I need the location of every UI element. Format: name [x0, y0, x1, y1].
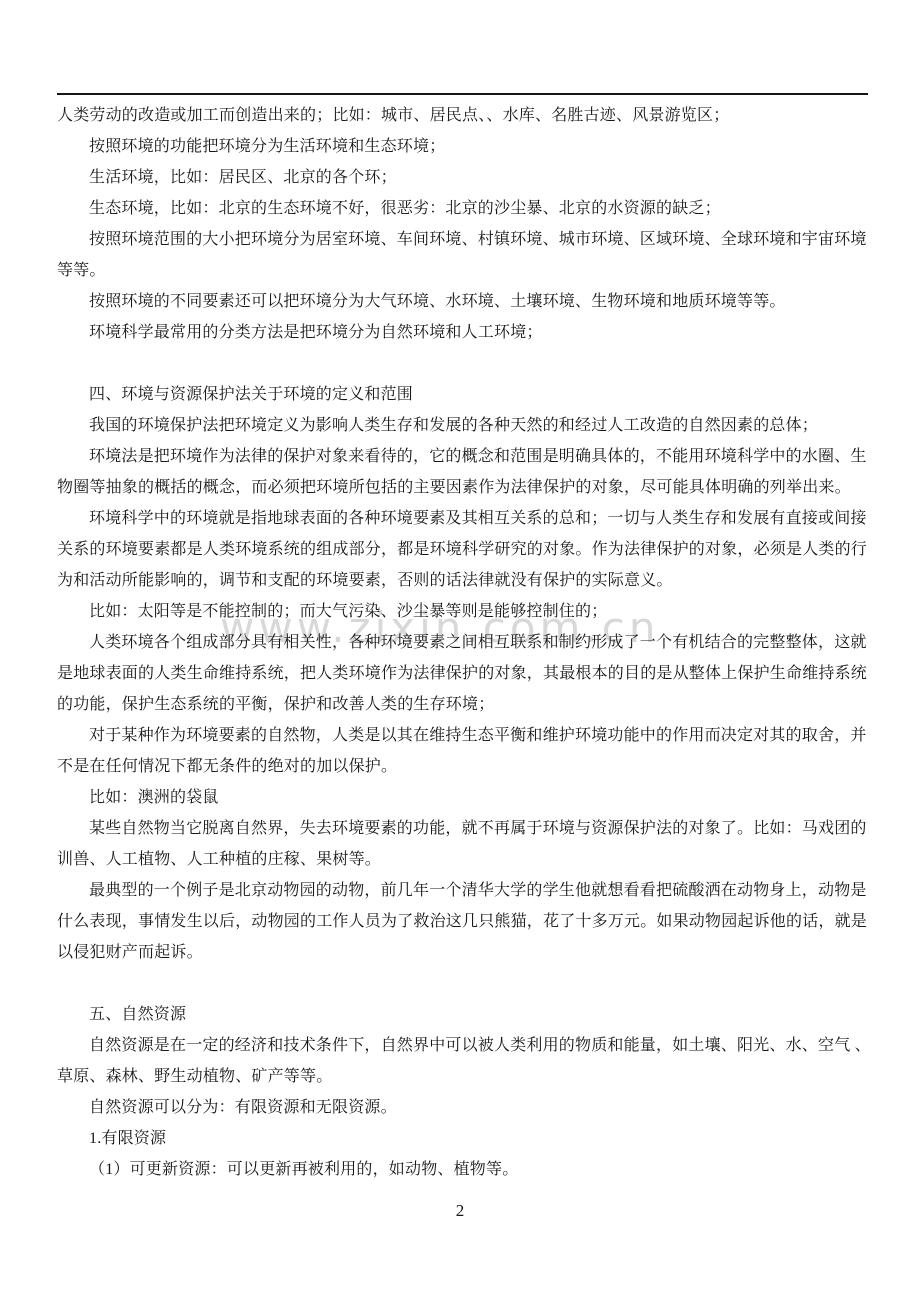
text-line: 按照环境的功能把环境分为生活环境和生态环境；	[57, 131, 868, 162]
text-line	[57, 348, 868, 379]
text-line: （1）可更新资源：可以更新再被利用的，如动物、植物等。	[57, 1154, 868, 1185]
document-body: 人类劳动的改造或加工而创造出来的；比如：城市、居民点、、水库、名胜古迹、风景游览…	[57, 100, 868, 1185]
header-rule	[57, 93, 868, 95]
text-line: 五、自然资源	[57, 999, 868, 1030]
text-line: 是地球表面的人类生命维持系统，把人类环境作为法律保护的对象，其最根本的目的是从整…	[57, 658, 868, 689]
page-number: 2	[0, 1201, 920, 1221]
text-line: 为和活动所能影响的，调节和支配的环境要素，否则的话法律就没有保护的实际意义。	[57, 565, 868, 596]
text-line: 环境科学中的环境就是指地球表面的各种环境要素及其相互关系的总和；一切与人类生存和…	[57, 503, 868, 534]
text-line: 人类劳动的改造或加工而创造出来的；比如：城市、居民点、、水库、名胜古迹、风景游览…	[57, 100, 868, 131]
text-line: 生活环境，比如：居民区、北京的各个环；	[57, 162, 868, 193]
text-line: 四、环境与资源保护法关于环境的定义和范围	[57, 379, 868, 410]
text-line: 草原、森林、野生动植物、矿产等等。	[57, 1061, 868, 1092]
text-line: 自然资源是在一定的经济和技术条件下，自然界中可以被人类利用的物质和能量，如土壤、…	[57, 1030, 868, 1061]
text-line: 环境科学最常用的分类方法是把环境分为自然环境和人工环境；	[57, 317, 868, 348]
text-line	[57, 968, 868, 999]
text-line: 关系的环境要素都是人类环境系统的组成部分，都是环境科学研究的对象。作为法律保护的…	[57, 534, 868, 565]
text-line: 不是在任何情况下都无条件的绝对的加以保护。	[57, 751, 868, 782]
text-line: 某些自然物当它脱离自然界，失去环境要素的功能，就不再属于环境与资源保护法的对象了…	[57, 813, 868, 844]
text-line: 按照环境的不同要素还可以把环境分为大气环境、水环境、土壤环境、生物环境和地质环境…	[57, 286, 868, 317]
text-line: 训兽、人工植物、人工种植的庄稼、果树等。	[57, 844, 868, 875]
document-page: www.zixin.com.cn 人类劳动的改造或加工而创造出来的；比如：城市、…	[0, 0, 920, 1301]
text-line: 生态环境，比如：北京的生态环境不好，很恶劣：北京的沙尘暴、北京的水资源的缺乏；	[57, 193, 868, 224]
text-line: 按照环境范围的大小把环境分为居室环境、车间环境、村镇环境、城市环境、区域环境、全…	[57, 224, 868, 255]
text-line: 物圈等抽象的概括的概念，而必须把环境所包括的主要因素作为法律保护的对象，尽可能具…	[57, 472, 868, 503]
text-line: 比如：澳洲的袋鼠	[57, 782, 868, 813]
text-line: 环境法是把环境作为法律的保护对象来看待的，它的概念和范围是明确具体的，不能用环境…	[57, 441, 868, 472]
text-line: 等等。	[57, 255, 868, 286]
text-line: 以侵犯财产而起诉。	[57, 937, 868, 968]
text-line: 自然资源可以分为：有限资源和无限资源。	[57, 1092, 868, 1123]
text-line: 比如：太阳等是不能控制的；而大气污染、沙尘暴等则是能够控制住的；	[57, 596, 868, 627]
text-line: 什么表现，事情发生以后，动物园的工作人员为了救治这几只熊猫，花了十多万元。如果动…	[57, 906, 868, 937]
text-line: 最典型的一个例子是北京动物园的动物，前几年一个清华大学的学生他就想看看把硫酸洒在…	[57, 875, 868, 906]
text-line: 我国的环境保护法把环境定义为影响人类生存和发展的各种天然的和经过人工改造的自然因…	[57, 410, 868, 441]
text-line: 对于某种作为环境要素的自然物，人类是以其在维持生态平衡和维护环境功能中的作用而决…	[57, 720, 868, 751]
text-line: 1.有限资源	[57, 1123, 868, 1154]
text-line: 人类环境各个组成部分具有相关性，各种环境要素之间相互联系和制约形成了一个有机结合…	[57, 627, 868, 658]
text-line: 的功能，保护生态系统的平衡，保护和改善人类的生存环境；	[57, 689, 868, 720]
